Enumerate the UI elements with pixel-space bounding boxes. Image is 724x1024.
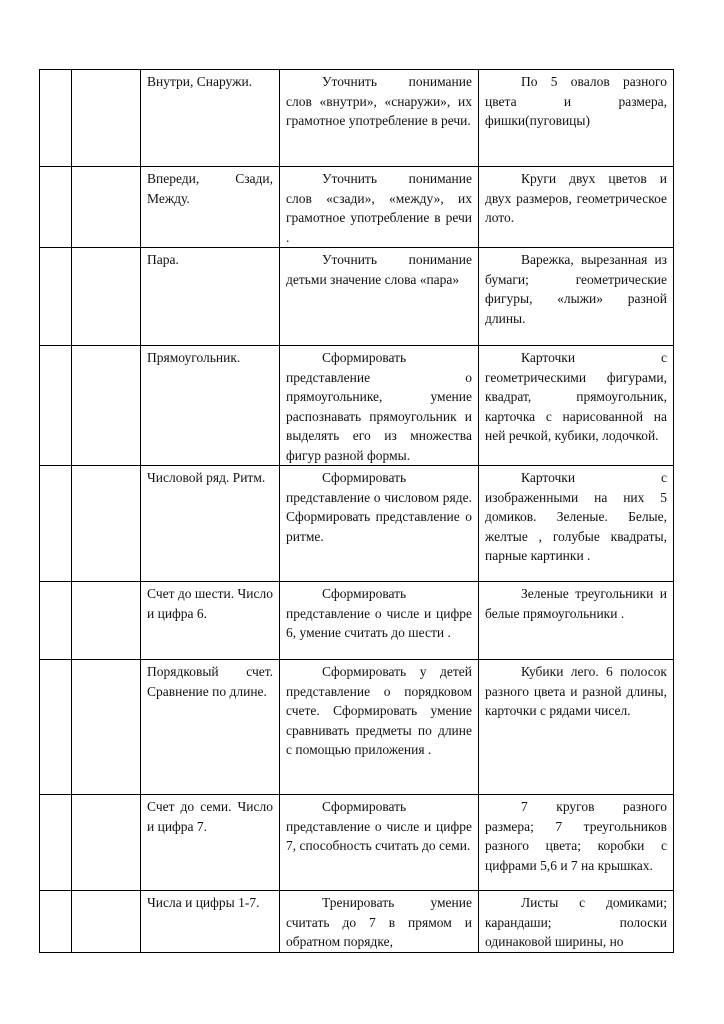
cell-materials: Зеленые треугольники и белые прямоугольн… — [479, 582, 674, 660]
cell-date — [72, 795, 141, 891]
cell-goal: Сформировать представление о числовом ря… — [280, 466, 479, 582]
cell-topic: Порядковый счет. Сравнение по длине. — [141, 660, 280, 795]
cell-materials: Карточки с изображенными на них 5 домико… — [479, 466, 674, 582]
table-row: Впереди, Сзади, Между.Уточнить понимание… — [40, 167, 674, 248]
cell-number — [40, 346, 72, 466]
cell-materials: По 5 овалов разного цвета и размера, фиш… — [479, 70, 674, 167]
cell-number — [40, 248, 72, 346]
cell-number — [40, 167, 72, 248]
cell-materials: Карточки с геометрическими фигурами, ква… — [479, 346, 674, 466]
cell-topic: Числовой ряд. Ритм. — [141, 466, 280, 582]
table-row: Внутри, Снаружи.Уточнить понимание слов … — [40, 70, 674, 167]
cell-materials: Круги двух цветов и двух размеров, геоме… — [479, 167, 674, 248]
cell-number — [40, 70, 72, 167]
cell-materials: 7 кругов разного размера; 7 треугольнико… — [479, 795, 674, 891]
table-row: Прямоугольник.Сформировать представление… — [40, 346, 674, 466]
cell-date — [72, 167, 141, 248]
cell-topic: Впереди, Сзади, Между. — [141, 167, 280, 248]
cell-number — [40, 891, 72, 953]
cell-date — [72, 660, 141, 795]
cell-topic: Счет до семи. Число и цифра 7. — [141, 795, 280, 891]
table-row: Счет до семи. Число и цифра 7.Сформирова… — [40, 795, 674, 891]
cell-materials: Кубики лего. 6 полосок разного цвета и р… — [479, 660, 674, 795]
cell-date — [72, 248, 141, 346]
cell-goal: Уточнить понимание детьми значение слова… — [280, 248, 479, 346]
cell-number — [40, 660, 72, 795]
cell-number — [40, 582, 72, 660]
cell-date — [72, 70, 141, 167]
table-row: Числа и цифры 1-7.Тренировать умение счи… — [40, 891, 674, 953]
cell-goal: Уточнить понимание слов «внутри», «снару… — [280, 70, 479, 167]
cell-date — [72, 466, 141, 582]
cell-materials: Листы с домиками; карандаши; полоски оди… — [479, 891, 674, 953]
document-page: Внутри, Снаружи.Уточнить понимание слов … — [0, 0, 724, 1024]
cell-date — [72, 346, 141, 466]
cell-topic: Прямоугольник. — [141, 346, 280, 466]
cell-date — [72, 582, 141, 660]
cell-topic: Числа и цифры 1-7. — [141, 891, 280, 953]
table-row: Числовой ряд. Ритм.Сформировать представ… — [40, 466, 674, 582]
cell-topic: Внутри, Снаружи. — [141, 70, 280, 167]
cell-goal: Тренировать умение считать до 7 в прямом… — [280, 891, 479, 953]
cell-topic: Счет до шести. Число и цифра 6. — [141, 582, 280, 660]
lesson-plan-table: Внутри, Снаружи.Уточнить понимание слов … — [39, 69, 674, 953]
table-row: Пара.Уточнить понимание детьми значение … — [40, 248, 674, 346]
cell-number — [40, 466, 72, 582]
cell-goal: Сформировать представление о числе и циф… — [280, 582, 479, 660]
cell-goal: Сформировать у детей представление о пор… — [280, 660, 479, 795]
cell-goal: Сформировать представление о прямоугольн… — [280, 346, 479, 466]
cell-goal: Сформировать представление о числе и циф… — [280, 795, 479, 891]
cell-materials: Варежка, вырезанная из бумаги; геометрич… — [479, 248, 674, 346]
cell-number — [40, 795, 72, 891]
table-row: Порядковый счет. Сравнение по длине.Сфор… — [40, 660, 674, 795]
cell-topic: Пара. — [141, 248, 280, 346]
table-row: Счет до шести. Число и цифра 6.Сформиров… — [40, 582, 674, 660]
cell-date — [72, 891, 141, 953]
cell-goal: Уточнить понимание слов «сзади», «между»… — [280, 167, 479, 248]
